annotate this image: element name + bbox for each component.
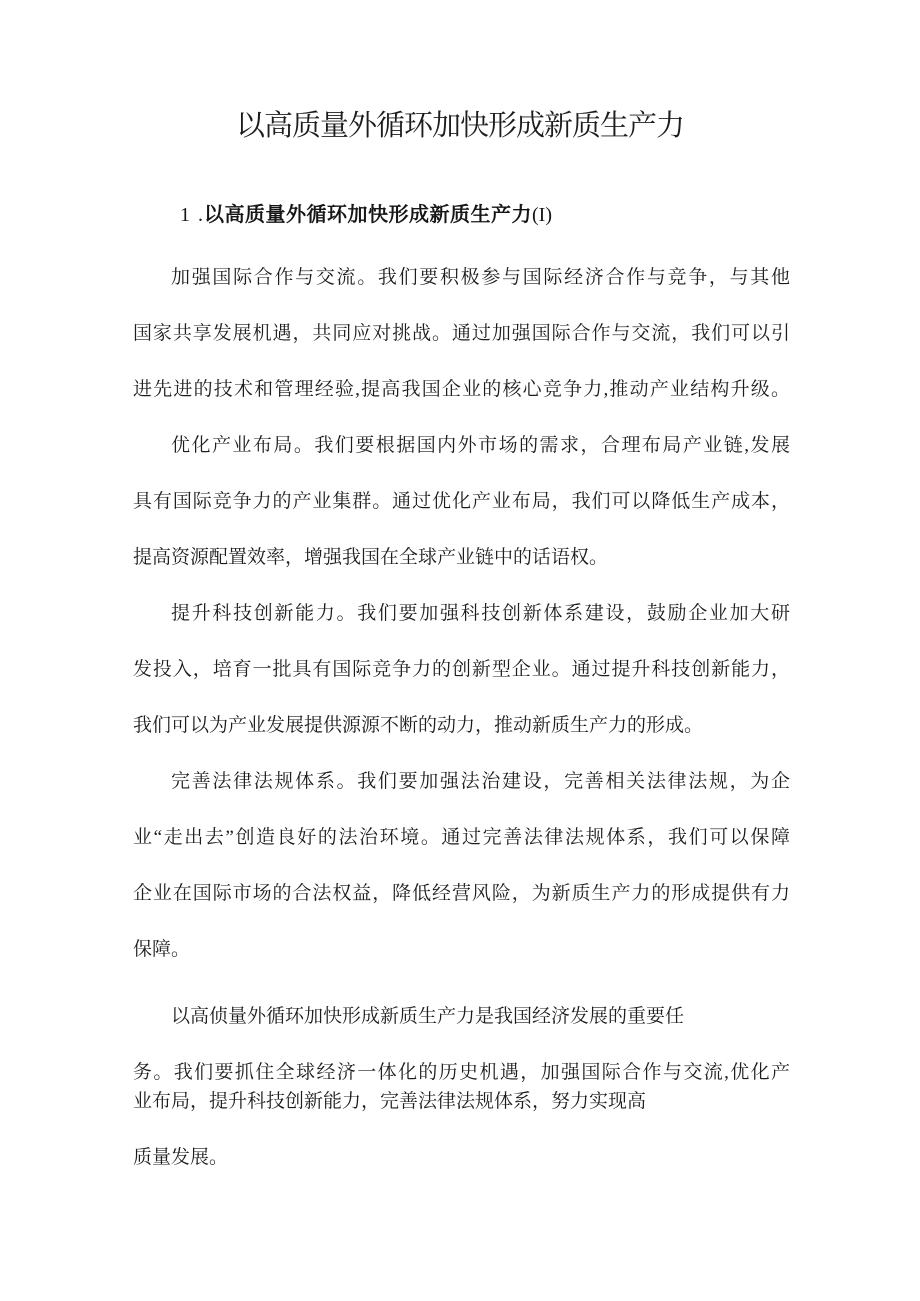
document-page: { "page": { "background": "#ffffff", "te… — [0, 0, 920, 1301]
text-line: 企业在国际市场的合法权益，降低经营风险，为新质生产力的形成提供有力 — [133, 882, 790, 938]
text-line: 我们可以为产业发展提供源源不断的动力，推动新质生产力的形成。 — [133, 714, 790, 770]
heading-text: 以高质量外循环加快形成新质生产力 — [204, 204, 532, 226]
paragraph: 优化产业布局。我们要根据国内外市场的需求，合理布局产业链,发展具有国际竞争力的产… — [133, 434, 790, 602]
text-line: 提高资源配置效率，增强我国在全球产业链中的话语权。 — [133, 546, 790, 602]
text-line: 优化产业布局。我们要根据国内外市场的需求，合理布局产业链,发展 — [133, 434, 790, 490]
text-line: 业“走出去”创造良好的法治环境。通过完善法律法规体系，我们可以保障 — [133, 826, 790, 882]
text-line: 业布局，提升科技创新能力，完善法律法规体系，努力实现高 — [133, 1090, 790, 1146]
text-line: 发投入，培育一批具有国际竞争力的创新型企业。通过提升科技创新能力， — [133, 658, 790, 714]
heading-dot: . — [198, 204, 203, 226]
text-line: 进先进的技术和管理经验,提高我国企业的核心竞争力,推动产业结构升级。 — [133, 378, 790, 434]
text-line: 保障。 — [133, 938, 790, 994]
heading-number: 1 — [180, 204, 190, 226]
text-line: 完善法律法规体系。我们要加强法治建设，完善相关法律法规，为企 — [133, 770, 790, 826]
section-heading: 1.以高质量外循环加快形成新质生产力(I) — [180, 200, 552, 232]
paragraph: 加强国际合作与交流。我们要积极参与国际经济合作与竞争，与其他国家共享发展机遇，共… — [133, 266, 790, 434]
text-line: 国家共享发展机遇，共同应对挑战。通过加强国际合作与交流，我们可以引 — [133, 322, 790, 378]
paragraphs: 加强国际合作与交流。我们要积极参与国际经济合作与竞争，与其他国家共享发展机遇，共… — [133, 266, 790, 1202]
text-line: 加强国际合作与交流。我们要积极参与国际经济合作与竞争，与其他 — [133, 266, 790, 322]
text-line: 以高侦量外循环加快形成新质生产力是我国经济发展的重要任 — [133, 1005, 790, 1061]
paragraph: 以高侦量外循环加快形成新质生产力是我国经济发展的重要任务。我们要抓住全球经济一体… — [133, 1005, 790, 1202]
text-line: 具有国际竞争力的产业集群。通过优化产业布局，我们可以降低生产成本， — [133, 490, 790, 546]
document-title: 以高质量外循环加快形成新质生产力 — [0, 106, 920, 146]
text-line: 质量发展。 — [133, 1146, 790, 1202]
heading-suffix: (I) — [532, 204, 552, 226]
text-line: 务。我们要抓住全球经济一体化的历史机遇，加强国际合作与交流,优化产 — [133, 1061, 790, 1090]
paragraph: 提升科技创新能力。我们要加强科技创新体系建设，鼓励企业加大研发投入，培育一批具有… — [133, 602, 790, 770]
text-line: 提升科技创新能力。我们要加强科技创新体系建设，鼓励企业加大研 — [133, 602, 790, 658]
paragraph: 完善法律法规体系。我们要加强法治建设，完善相关法律法规，为企业“走出去”创造良好… — [133, 770, 790, 994]
